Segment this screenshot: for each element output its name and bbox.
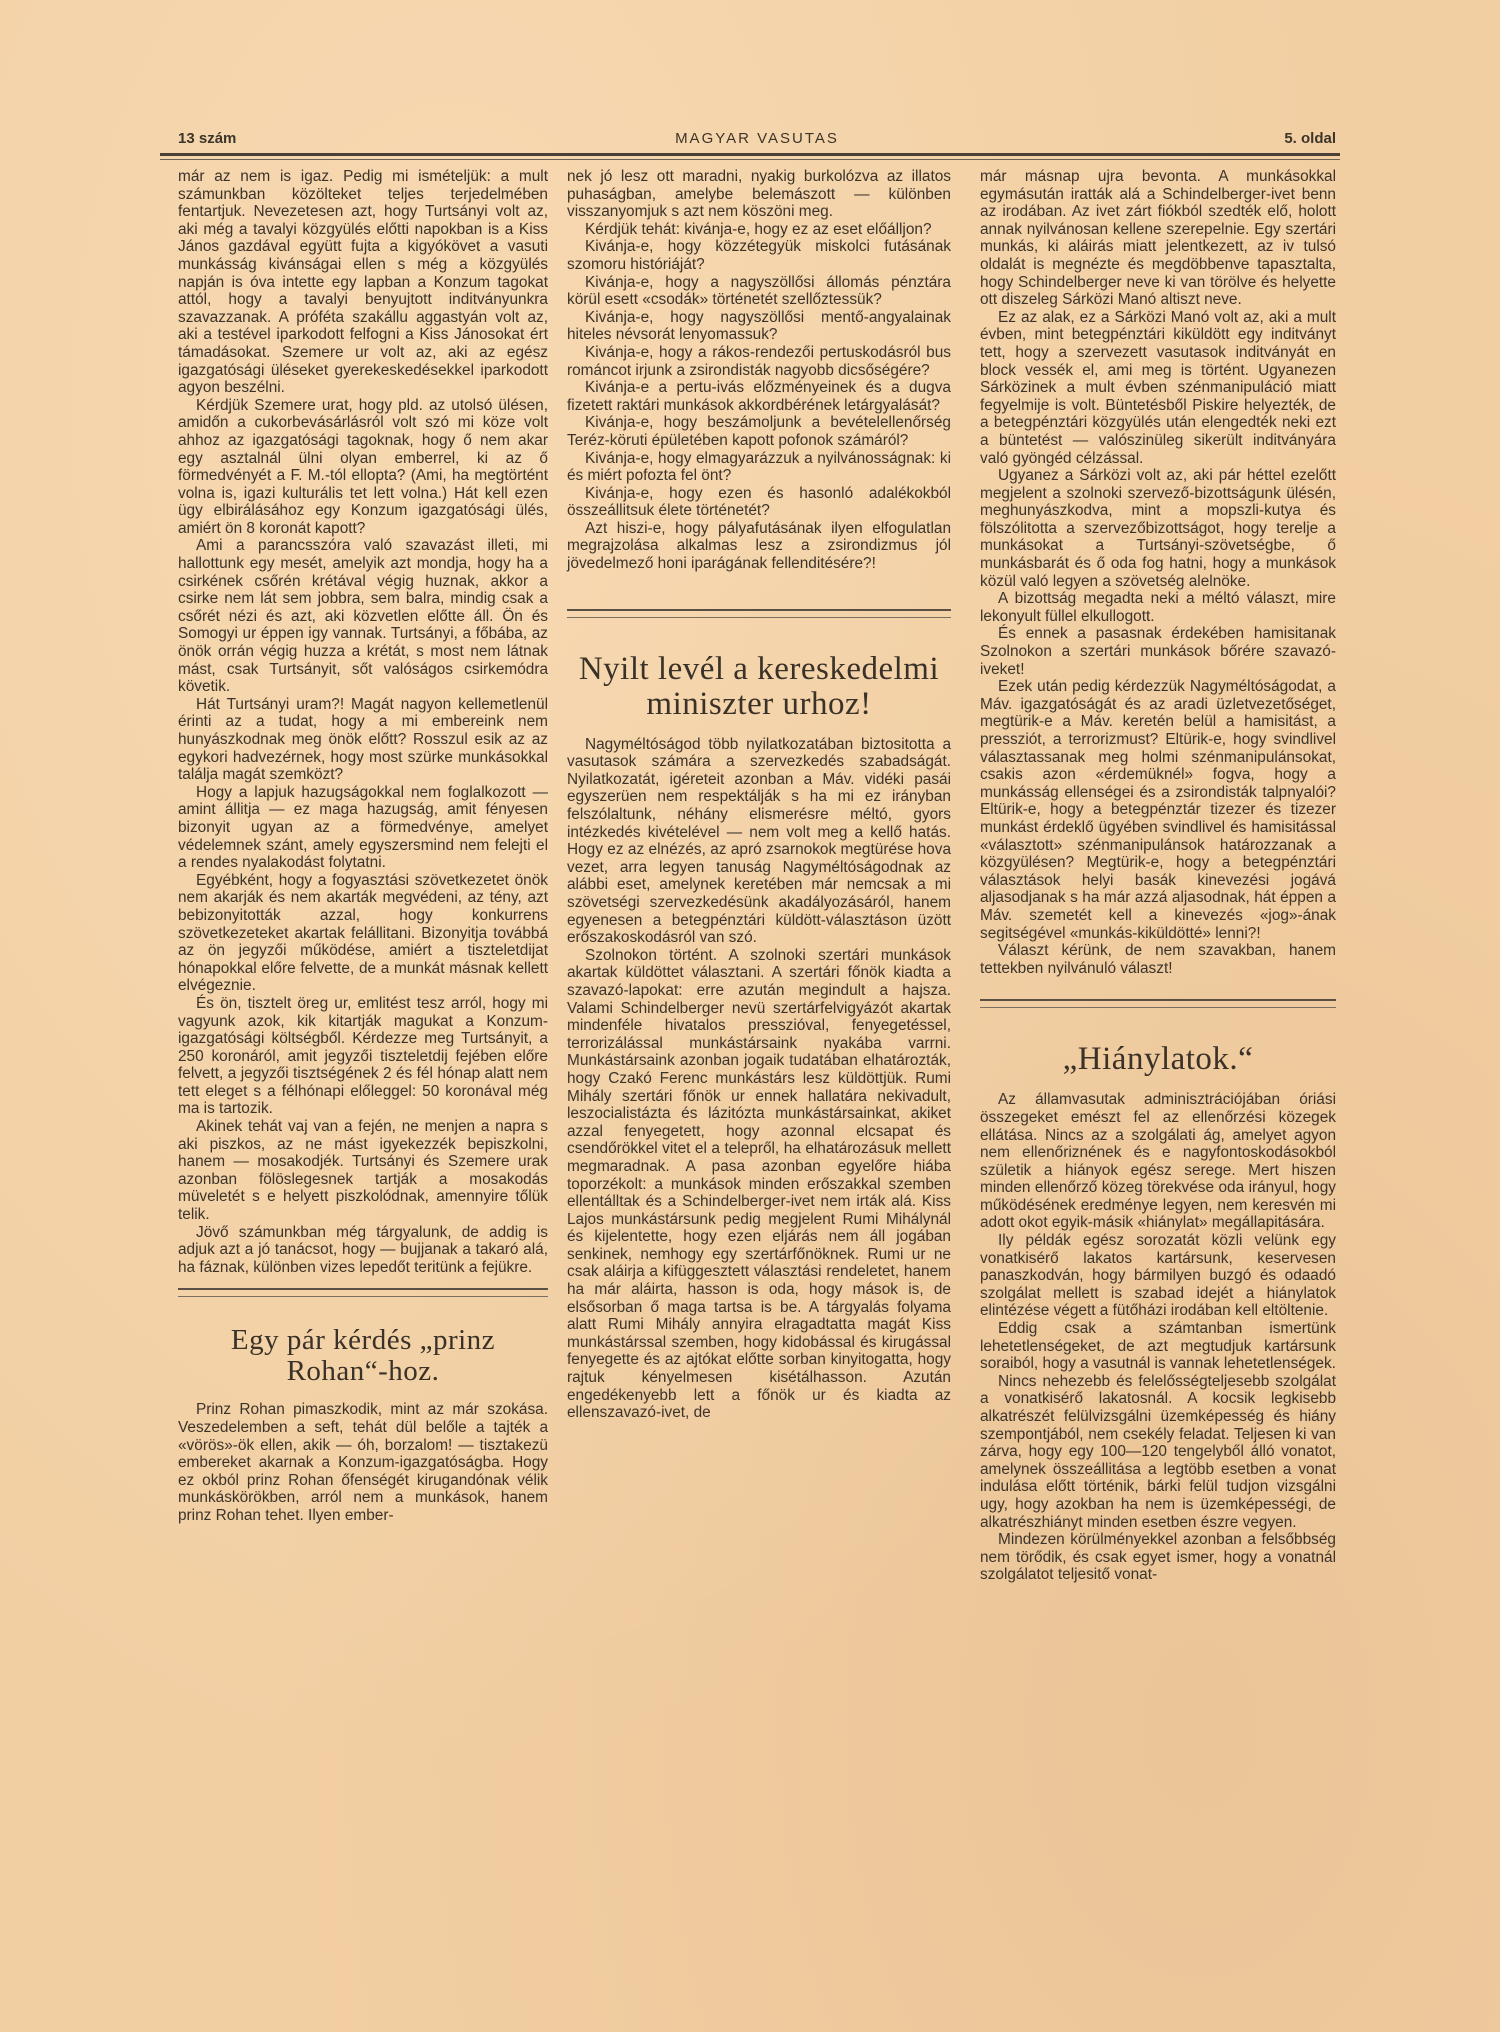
paragraph: A bizottság megadta neki a méltó választ… (980, 590, 1336, 625)
paragraph: Akinek tehát vaj van a fején, ne menjen … (178, 1118, 548, 1224)
newspaper-page: 13 szám MAGYAR VASUTAS 5. oldal már az n… (0, 0, 1500, 2032)
column-1: már az nem is igaz. Pedig mi ismételjük:… (178, 168, 548, 1525)
paragraph: Kérdjük tehát: kivánja-e, hogy ez az ese… (567, 221, 951, 239)
paragraph: Kivánja-e, hogy nagyszöllősi mentő-angya… (567, 309, 951, 344)
page-header: 13 szám MAGYAR VASUTAS 5. oldal (178, 128, 1336, 150)
paragraph: Nagyméltóságod több nyilatkozatában bizt… (567, 736, 951, 947)
article-separator (567, 609, 951, 618)
paragraph: Kérdjük Szemere urat, hogy pld. az utols… (178, 397, 548, 538)
article-separator (980, 999, 1336, 1008)
paragraph: És ennek a pasasnak érdekében hamisitana… (980, 625, 1336, 678)
paragraph: nek jó lesz ott maradni, nyakig burkolóz… (567, 168, 951, 221)
paragraph: Szolnokon történt. A szolnoki szertári m… (567, 947, 951, 1422)
paragraph: Ezek után pedig kérdezzük Nagyméltóságod… (980, 678, 1336, 942)
paragraph: Mindezen körülményekkel azonban a felsőb… (980, 1531, 1336, 1584)
paragraph: Kivánja-e, hogy a nagyszöllősi állomás p… (567, 274, 951, 309)
paragraph: Nincs nehezebb és felelősségteljesebb sz… (980, 1373, 1336, 1531)
paragraph: Ez az alak, ez a Sárközi Manó volt az, a… (980, 309, 1336, 467)
paragraph: Az államvasutak adminisztrációjában óriá… (980, 1091, 1336, 1232)
article-title-open-letter: Nyilt levél a kereskedelmi miniszter urh… (567, 652, 951, 722)
paragraph: És ön, tisztelt öreg ur, emlitést tesz a… (178, 995, 548, 1118)
paragraph: Prinz Rohan pimaszkodik, mint az már szo… (178, 1401, 548, 1524)
paragraph: Kivánja-e, hogy elmagyarázzuk a nyilváno… (567, 450, 951, 485)
header-double-rule (160, 153, 1340, 160)
paragraph: Kivánja-e, hogy ezen és hasonló adalékok… (567, 485, 951, 520)
paragraph: Ugyanez a Sárközi volt az, aki pár hétte… (980, 467, 1336, 590)
paragraph: Hogy a lapjuk hazugságokkal nem foglalko… (178, 784, 548, 872)
paragraph: Ami a parancsszóra való szavazást illeti… (178, 537, 548, 695)
article-title-hianylatok: „Hiánylatok.“ (980, 1042, 1336, 1077)
paragraph: Választ kérünk, de nem szavakban, hanem … (980, 942, 1336, 977)
paragraph: már másnap ujra bevonta. A munkásokkal e… (980, 168, 1336, 309)
column-3: már másnap ujra bevonta. A munkásokkal e… (980, 168, 1336, 1584)
paragraph: Kivánja-e, hogy közzétegyük miskolci fut… (567, 238, 951, 273)
paragraph: Kivánja-e, hogy a rákos-rendezői pertusk… (567, 344, 951, 379)
paragraph: Kivánja-e a pertu-ivás előzményeinek és … (567, 379, 951, 414)
paragraph: Azt hiszi-e, hogy pályafutásának ilyen e… (567, 520, 951, 573)
article-separator (178, 1288, 548, 1297)
paragraph: Hát Turtsányi uram?! Magát nagyon kellem… (178, 696, 548, 784)
paragraph: Ily példák egész sorozatát közli velünk … (980, 1232, 1336, 1320)
masthead-title: MAGYAR VASUTAS (178, 130, 1336, 147)
paragraph: Jövő számunkban még tárgyalunk, de addig… (178, 1224, 548, 1277)
page-number: 5. oldal (1284, 130, 1336, 147)
article-title-prinz-rohan: Egy pár kérdés „prinz Rohan“-hoz. (178, 1325, 548, 1387)
paragraph: Eddig csak a számtanban ismertünk lehete… (980, 1320, 1336, 1373)
column-2: nek jó lesz ott maradni, nyakig burkolóz… (567, 168, 951, 1422)
paragraph: már az nem is igaz. Pedig mi ismételjük:… (178, 168, 548, 397)
paragraph: Kivánja-e, hogy beszámoljunk a bevételel… (567, 414, 951, 449)
paragraph: Egyébként, hogy a fogyasztási szövetkeze… (178, 872, 548, 995)
